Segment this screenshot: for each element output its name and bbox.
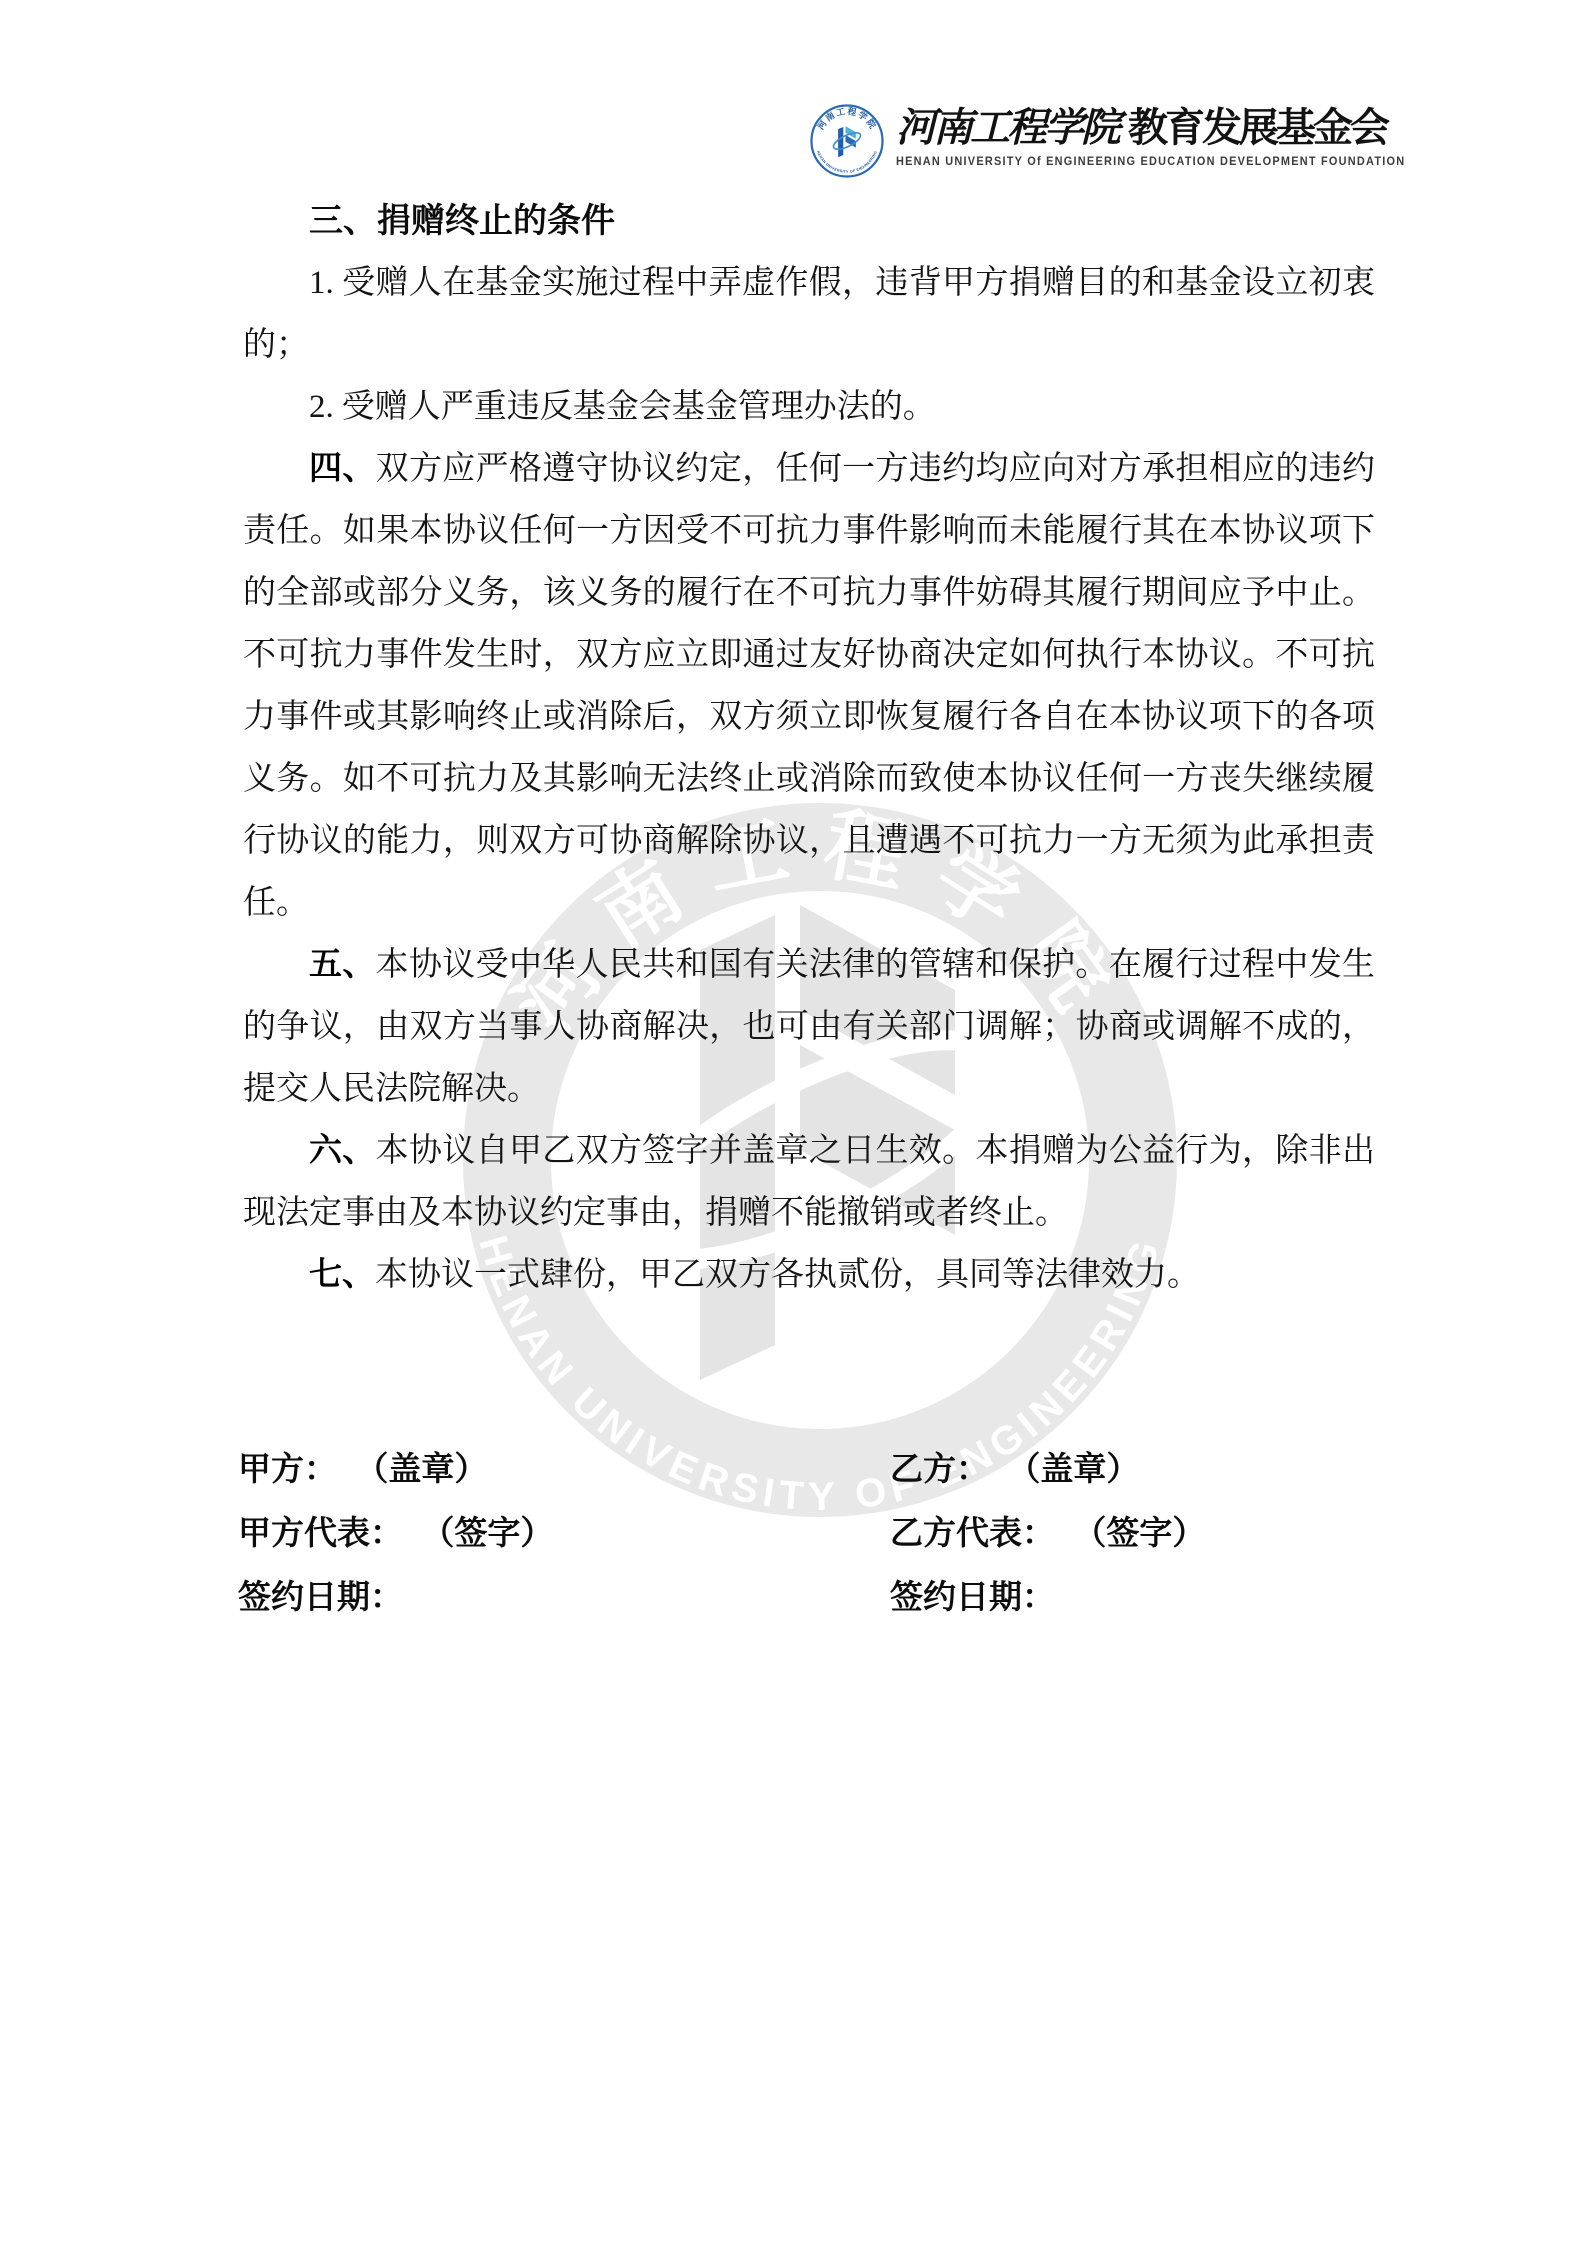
clause-4: 四、双方应严格遵守协议约定，任何一方违约均应向对方承担相应的违约责任。如果本协议…	[243, 438, 1375, 934]
clause-6: 六、本协议自甲乙双方签字并盖章之日生效。本捐赠为公益行为，除非出现法定事由及本协…	[243, 1120, 1375, 1244]
foundation-name-zh: 河南工程学院教育发展基金会	[896, 104, 1381, 152]
clause-text: 本协议受中华人民共和国有关法律的管辖和保护。在履行过程中发生的争议，由双方当事人…	[243, 947, 1375, 1107]
clause-5: 五、本协议受中华人民共和国有关法律的管辖和保护。在履行过程中发生的争议，由双方当…	[243, 934, 1375, 1120]
clause-number: 1.	[309, 265, 334, 301]
clause-text: 双方应严格遵守协议约定，任何一方违约均应向对方承担相应的违约责任。如果本协议任何…	[243, 451, 1375, 921]
foundation-logotype: 河南工程学院教育发展基金会 HENAN UNIVERSITY Of ENGINE…	[896, 104, 1381, 178]
university-name-calligraphy: 河南工程学院	[896, 105, 1118, 150]
clause-text: 本协议一式肆份，甲乙双方各执贰份，具同等法律效力。	[375, 1257, 1200, 1293]
foundation-name-en: HENAN UNIVERSITY Of ENGINEERING EDUCATIO…	[896, 156, 1357, 168]
party-b-seal-line: 乙方： （盖章）	[890, 1437, 1388, 1501]
signature-block: 甲方： （盖章） 乙方： （盖章） 甲方代表： （签字） 乙方代表： （签字） …	[238, 1437, 1388, 1629]
clause-number: 2.	[309, 389, 334, 425]
contract-body: 三、捐赠终止的条件 1.受赠人在基金实施过程中弄虚作假，违背甲方捐赠目的和基金设…	[243, 190, 1375, 1306]
clause-text: 受赠人在基金实施过程中弄虚作假，违背甲方捐赠目的和基金设立初衷的；	[243, 265, 1375, 363]
clause-1: 1.受赠人在基金实施过程中弄虚作假，违背甲方捐赠目的和基金设立初衷的；	[243, 252, 1375, 376]
party-b-representative-line: 乙方代表： （签字）	[890, 1501, 1388, 1565]
party-a-date-line: 签约日期：	[238, 1565, 890, 1629]
clause-text: 本协议自甲乙双方签字并盖章之日生效。本捐赠为公益行为，除非出现法定事由及本协议约…	[243, 1133, 1375, 1231]
clause-number: 四、	[309, 451, 376, 487]
clause-text: 受赠人严重违反基金会基金管理办法的。	[342, 389, 936, 425]
clause-2: 2.受赠人严重违反基金会基金管理办法的。	[243, 376, 1375, 438]
clause-number: 五、	[309, 947, 376, 983]
university-seal-icon: 河南工程学院 HENAN UNIVERSITY OF ENGINEERING	[810, 104, 884, 178]
clause-7: 七、本协议一式肆份，甲乙双方各执贰份，具同等法律效力。	[243, 1244, 1375, 1306]
party-a-representative-line: 甲方代表： （签字）	[238, 1501, 890, 1565]
party-a-seal-line: 甲方： （盖章）	[238, 1437, 890, 1501]
clause-number: 六、	[309, 1133, 376, 1169]
clause-number: 七、	[309, 1257, 375, 1293]
foundation-suffix: 教育发展基金会	[1128, 105, 1387, 150]
section-heading: 三、捐赠终止的条件	[243, 190, 1375, 252]
party-b-date-line: 签约日期：	[890, 1565, 1388, 1629]
document-page: 河南工程学院 HENAN UNIVERSITY OF ENGINEERING 河…	[0, 0, 1588, 2245]
foundation-logo: 河南工程学院 HENAN UNIVERSITY OF ENGINEERING 河…	[810, 104, 1381, 178]
